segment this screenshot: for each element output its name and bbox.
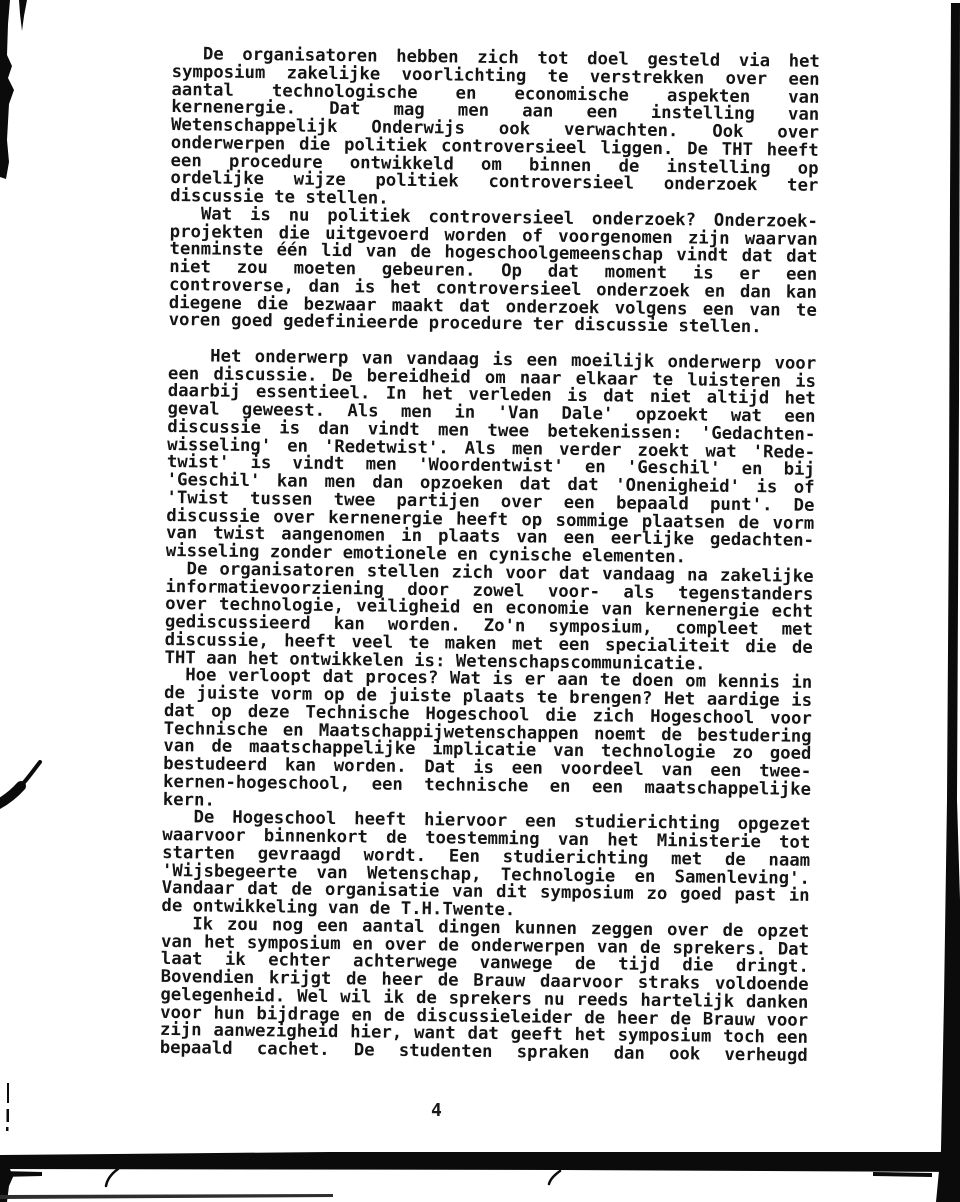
scan-edge-bar-top-left-icon	[0, 0, 14, 179]
paragraph: Wat is nu politiek controversieel onderz…	[169, 206, 818, 338]
text-line: bepaald cachet. De studenten spraken dan…	[160, 1040, 808, 1066]
scan-underline-bottom-left-icon	[0, 1171, 42, 1177]
paragraph: Ik zou nog een aantal dingen kunnen zegg…	[160, 916, 810, 1066]
document-text: De organisatoren hebben zich tot doel ge…	[160, 46, 820, 1066]
paragraph: De organisatoren hebben zich tot doel ge…	[170, 46, 820, 214]
pen-hook-bottom-center-icon	[549, 1171, 560, 1184]
scan-band-bottom-icon	[0, 1152, 960, 1172]
scan-underline-bottom-right-icon	[873, 1172, 932, 1177]
paragraph: Hoe verloopt dat proces? Wat is er aan t…	[163, 667, 813, 817]
paragraph: De organisatoren stellen zich voor dat v…	[164, 561, 813, 675]
scan-edge-bar-right-icon	[936, 3, 960, 1202]
scan-streak-top-left-icon	[19, 0, 27, 31]
scanned-page: De organisatoren hebben zich tot doel ge…	[0, 0, 960, 1202]
paragraph: Het onderwerp van vandaag is een moeilij…	[166, 348, 817, 569]
handwritten-pen-mark-tip-icon	[19, 762, 40, 788]
text-line: voren goed gedefinieerde procedure ter d…	[169, 312, 817, 338]
fold-dash-mark-icon	[7, 1109, 10, 1122]
fold-dash-mark-icon	[7, 1083, 9, 1103]
handwritten-pen-mark-icon	[0, 786, 21, 805]
scan-corner-blob-bottom-left-icon	[0, 1167, 13, 1202]
scan-line-bottom-icon	[0, 1194, 333, 1199]
fold-dash-mark-icon	[6, 1127, 9, 1131]
pen-hook-bottom-left-icon	[106, 1169, 118, 1186]
paragraph: De Hogeschool heeft hiervoor een studier…	[161, 809, 810, 923]
page-number: 4	[431, 1100, 442, 1121]
